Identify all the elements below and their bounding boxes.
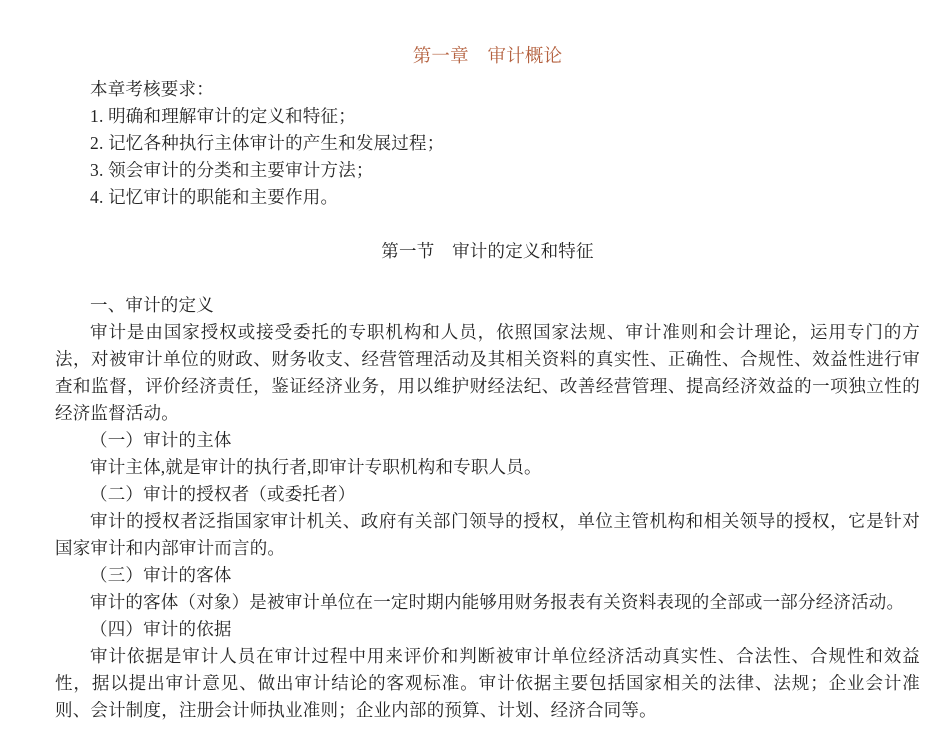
paragraph-audit-authorizer: 审计的授权者泛指国家审计机关、政府有关部门领导的授权，单位主管机构和相关领导的授… xyxy=(55,508,920,562)
requirement-item-4: 4. 记忆审计的职能和主要作用。 xyxy=(55,184,920,211)
subheading-audit-object: （三）审计的客体 xyxy=(55,562,920,589)
paragraph-audit-object: 审计的客体（对象）是被审计单位在一定时期内能够用财务报表有关资料表现的全部或一部… xyxy=(55,589,920,616)
subheading-audit-basis: （四）审计的依据 xyxy=(55,616,920,643)
paragraph-audit-definition: 审计是由国家授权或接受委托的专职机构和人员，依照国家法规、审计准则和会计理论，运… xyxy=(55,319,920,427)
requirement-item-3: 3. 领会审计的分类和主要审计方法； xyxy=(55,157,920,184)
section-title: 第一节 审计的定义和特征 xyxy=(55,238,920,265)
document-body: 一、审计的定义 审计是由国家授权或接受委托的专职机构和人员，依照国家法规、审计准… xyxy=(55,292,920,724)
requirements-heading: 本章考核要求： xyxy=(55,76,920,103)
requirement-item-2: 2. 记忆各种执行主体审计的产生和发展过程； xyxy=(55,130,920,157)
paragraph-audit-subject: 审计主体,就是审计的执行者,即审计专职机构和专职人员。 xyxy=(55,454,920,481)
subheading-audit-definition: 一、审计的定义 xyxy=(55,292,920,319)
paragraph-audit-basis: 审计依据是审计人员在审计过程中用来评价和判断被审计单位经济活动真实性、合法性、合… xyxy=(55,643,920,724)
subheading-audit-authorizer: （二）审计的授权者（或委托者） xyxy=(55,481,920,508)
requirement-item-1: 1. 明确和理解审计的定义和特征； xyxy=(55,103,920,130)
chapter-title: 第一章 审计概论 xyxy=(55,44,920,71)
document-page: 第一章 审计概论 本章考核要求： 1. 明确和理解审计的定义和特征； 2. 记忆… xyxy=(0,0,940,755)
subheading-audit-subject: （一）审计的主体 xyxy=(55,427,920,454)
